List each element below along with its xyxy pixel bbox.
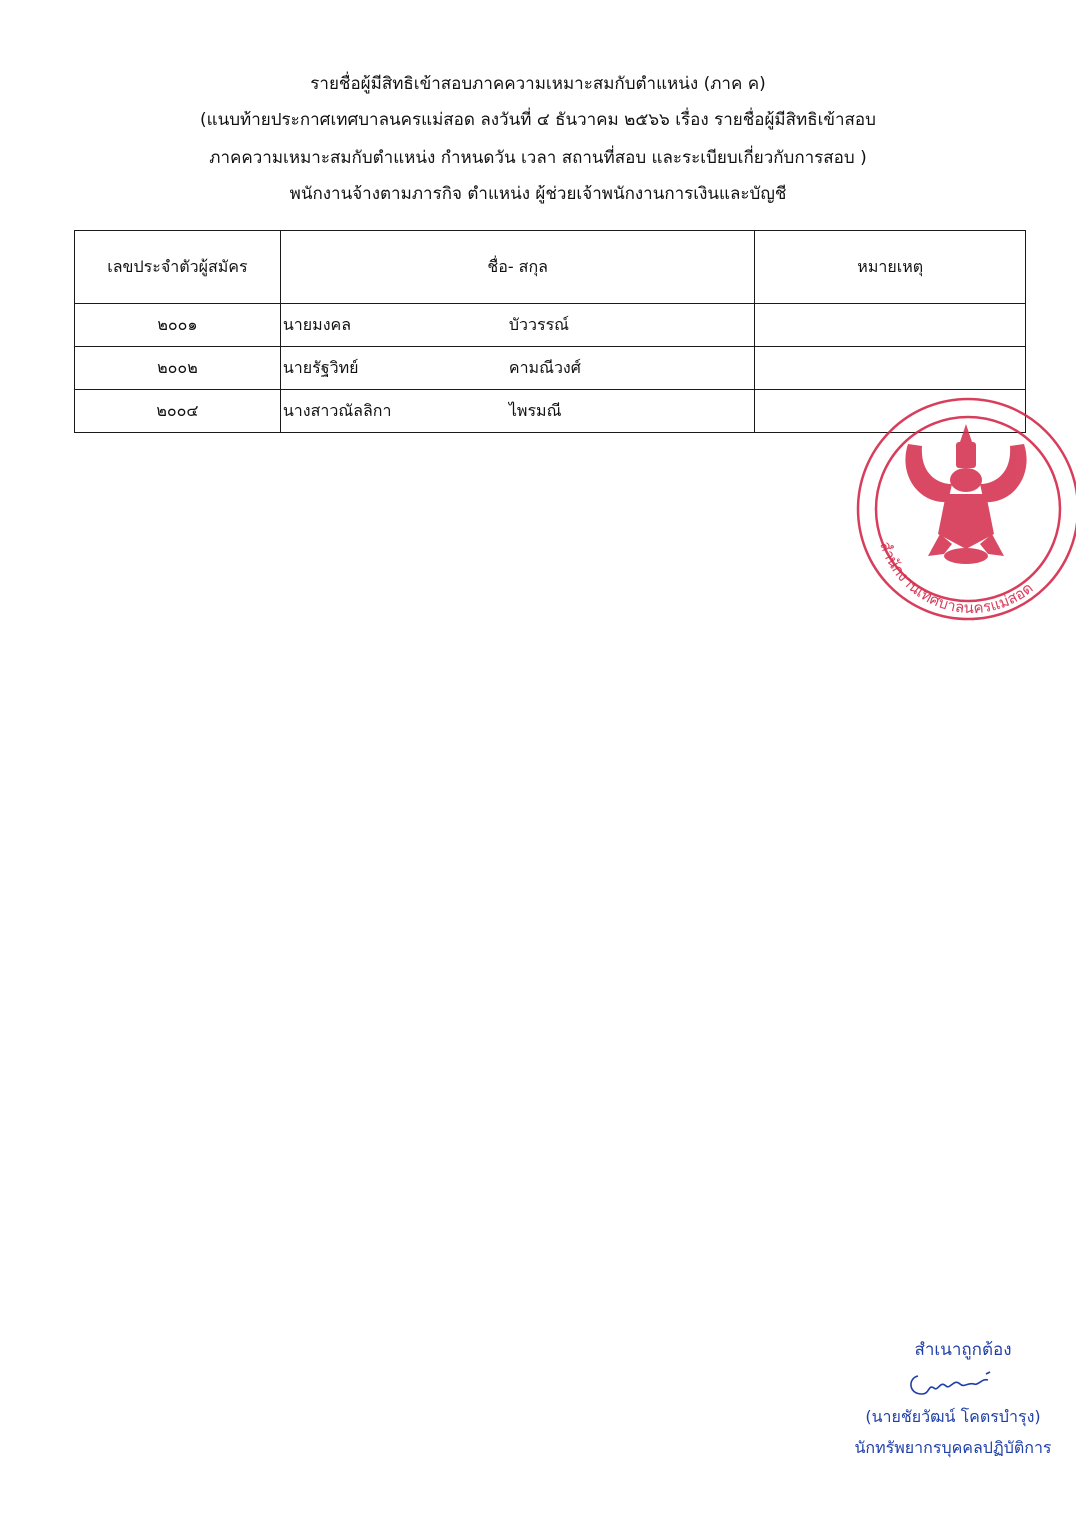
applicant-name: นายมงคล บัววรรณ์ — [280, 304, 755, 347]
official-seal: สำนักงานเทศบาลนครแม่สอด — [848, 384, 1076, 634]
document-subtitle-line-1: (แนบท้ายประกาศเทศบาลนครแม่สอด ลงวันที่ ๔… — [0, 102, 1076, 138]
applicant-name: นายรัฐวิทย์ คามณีวงศ์ — [280, 347, 755, 390]
remarks — [755, 304, 1026, 347]
document-title: รายชื่อผู้มีสิทธิเข้าสอบภาคความเหมาะสมกั… — [0, 66, 1076, 102]
signer-name: (นายชัยวัฒน์ โคตรบำรุง) — [830, 1402, 1076, 1432]
first-name: นายรัฐวิทย์ — [281, 356, 509, 381]
table-row: ๒๐๐๑ นายมงคล บัววรรณ์ — [75, 304, 1026, 347]
column-header-applicant-id: เลขประจำตัวผู้สมัคร — [75, 231, 281, 304]
certified-copy-label: สำเนาถูกต้อง — [830, 1334, 1076, 1366]
signature-icon — [878, 1366, 1028, 1402]
applicant-id: ๒๐๐๒ — [75, 347, 281, 390]
signature — [830, 1366, 1076, 1402]
last-name: บัววรรณ์ — [509, 313, 569, 338]
applicant-id: ๒๐๐๑ — [75, 304, 281, 347]
position-title: พนักงานจ้างตามภารกิจ ตำแหน่ง ผู้ช่วยเจ้า… — [0, 176, 1076, 212]
first-name: นายมงคล — [281, 313, 509, 338]
certification-block: สำเนาถูกต้อง (นายชัยวัฒน์ โคตรบำรุง) นัก… — [830, 1334, 1076, 1464]
last-name: ไพรมณี — [509, 399, 562, 424]
table-header-row: เลขประจำตัวผู้สมัคร ชื่อ- สกุล หมายเหตุ — [75, 231, 1026, 304]
applicant-name: นางสาวณัลลิกา ไพรมณี — [280, 390, 755, 433]
column-header-full-name: ชื่อ- สกุล — [280, 231, 755, 304]
last-name: คามณีวงศ์ — [509, 356, 581, 381]
column-header-remarks: หมายเหตุ — [755, 231, 1026, 304]
signer-position: นักทรัพยากรบุคคลปฏิบัติการ — [830, 1432, 1076, 1464]
document-subtitle-line-2: ภาคความเหมาะสมกับตำแหน่ง กำหนดวัน เวลา ส… — [0, 140, 1076, 176]
applicant-id: ๒๐๐๔ — [75, 390, 281, 433]
first-name: นางสาวณัลลิกา — [281, 399, 509, 424]
garuda-emblem-icon: สำนักงานเทศบาลนครแม่สอด — [848, 384, 1076, 634]
